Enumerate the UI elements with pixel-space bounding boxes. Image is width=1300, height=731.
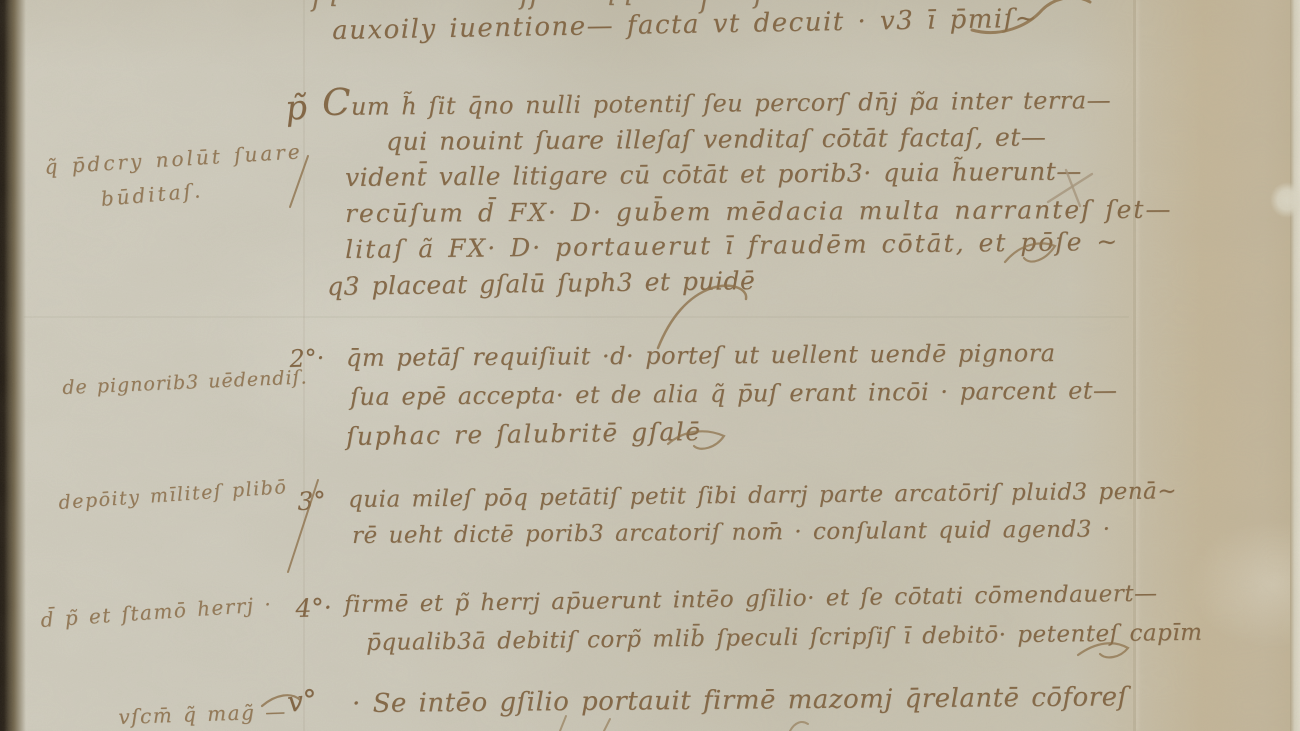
text-line-intro: auxoily iuentione— facta vt decuit · v3 … bbox=[332, 6, 1038, 44]
cut-bottom-strokes bbox=[560, 716, 808, 731]
margin-note: depōity mīliteſ plibō bbox=[58, 478, 288, 513]
text-line: recūſum d̄ FX· D· gub̄em mēdacia multa n… bbox=[345, 197, 1172, 226]
binding-edge-shadow bbox=[0, 0, 26, 731]
entry-4-marker: 4°· bbox=[295, 595, 332, 621]
page-edge-notch bbox=[1270, 182, 1300, 218]
text-line: Cum h̃ ſit q̄no nulli potentiſ ſeu perco… bbox=[322, 82, 1111, 119]
cut-line-fragment: l l bbox=[608, 0, 633, 10]
text-line: ſuphac re ſalubritē gſalē bbox=[346, 419, 702, 449]
entry-1-marker: p̃ bbox=[284, 90, 308, 125]
text-line: rē ueht dictē porib3 arcatoriſ nom̄ · co… bbox=[352, 518, 1111, 548]
margin-note: d̄ p̃ et ſtamō herrj · bbox=[40, 594, 273, 630]
page-edge-highlight bbox=[1290, 0, 1300, 731]
text-line: qui nouint ſuare illeſaſ venditaſ cōtāt … bbox=[386, 124, 1046, 154]
margin-note: vſcm̄ q̃ mag̃ — bbox=[118, 701, 287, 727]
text-line: ſua epē accepta· et de alia q̃ p̄uſ eran… bbox=[350, 378, 1118, 409]
entry-3-marker: 3° bbox=[297, 488, 326, 514]
text-line: litaſ ã FX· D· portauerut ī fraudēm cōtā… bbox=[345, 229, 1119, 262]
cut-line-fragment: ſ bbox=[754, 0, 764, 8]
entry-5-marker: v° bbox=[286, 686, 319, 717]
manuscript-page: ſ·l ſſ l l f ſ auxoily iuentione— facta … bbox=[0, 0, 1300, 731]
text-line: quia mileſ pōq petātiſ petit ſibi darrj … bbox=[348, 480, 1177, 512]
margin-note: būditaſ. bbox=[100, 180, 204, 209]
text-line: vident̄ valle litigare cū cōtāt et porib… bbox=[345, 159, 1082, 190]
text-line: · Se intēo gſilio portauit firmē mazomj … bbox=[352, 684, 1128, 717]
cut-line-fragment: ſ·l bbox=[312, 0, 338, 11]
cut-line-fragment: ſſ bbox=[520, 0, 539, 9]
margin-note: q̃ p̄dcry nolūt ſuare bbox=[44, 141, 303, 177]
text-line: firmē et p̃ herrj ap̄uerunt intēo gſilio… bbox=[344, 583, 1158, 617]
text-line: q̄m petāſ requiſiuit ·d· porteſ ut uelle… bbox=[346, 341, 1056, 370]
text-line: q3 placeat gſalū ſuph3 et puidē bbox=[327, 268, 755, 299]
fold-crease bbox=[24, 316, 1129, 318]
margin-note: de pignorib3 uēdendiſ. bbox=[62, 368, 308, 398]
